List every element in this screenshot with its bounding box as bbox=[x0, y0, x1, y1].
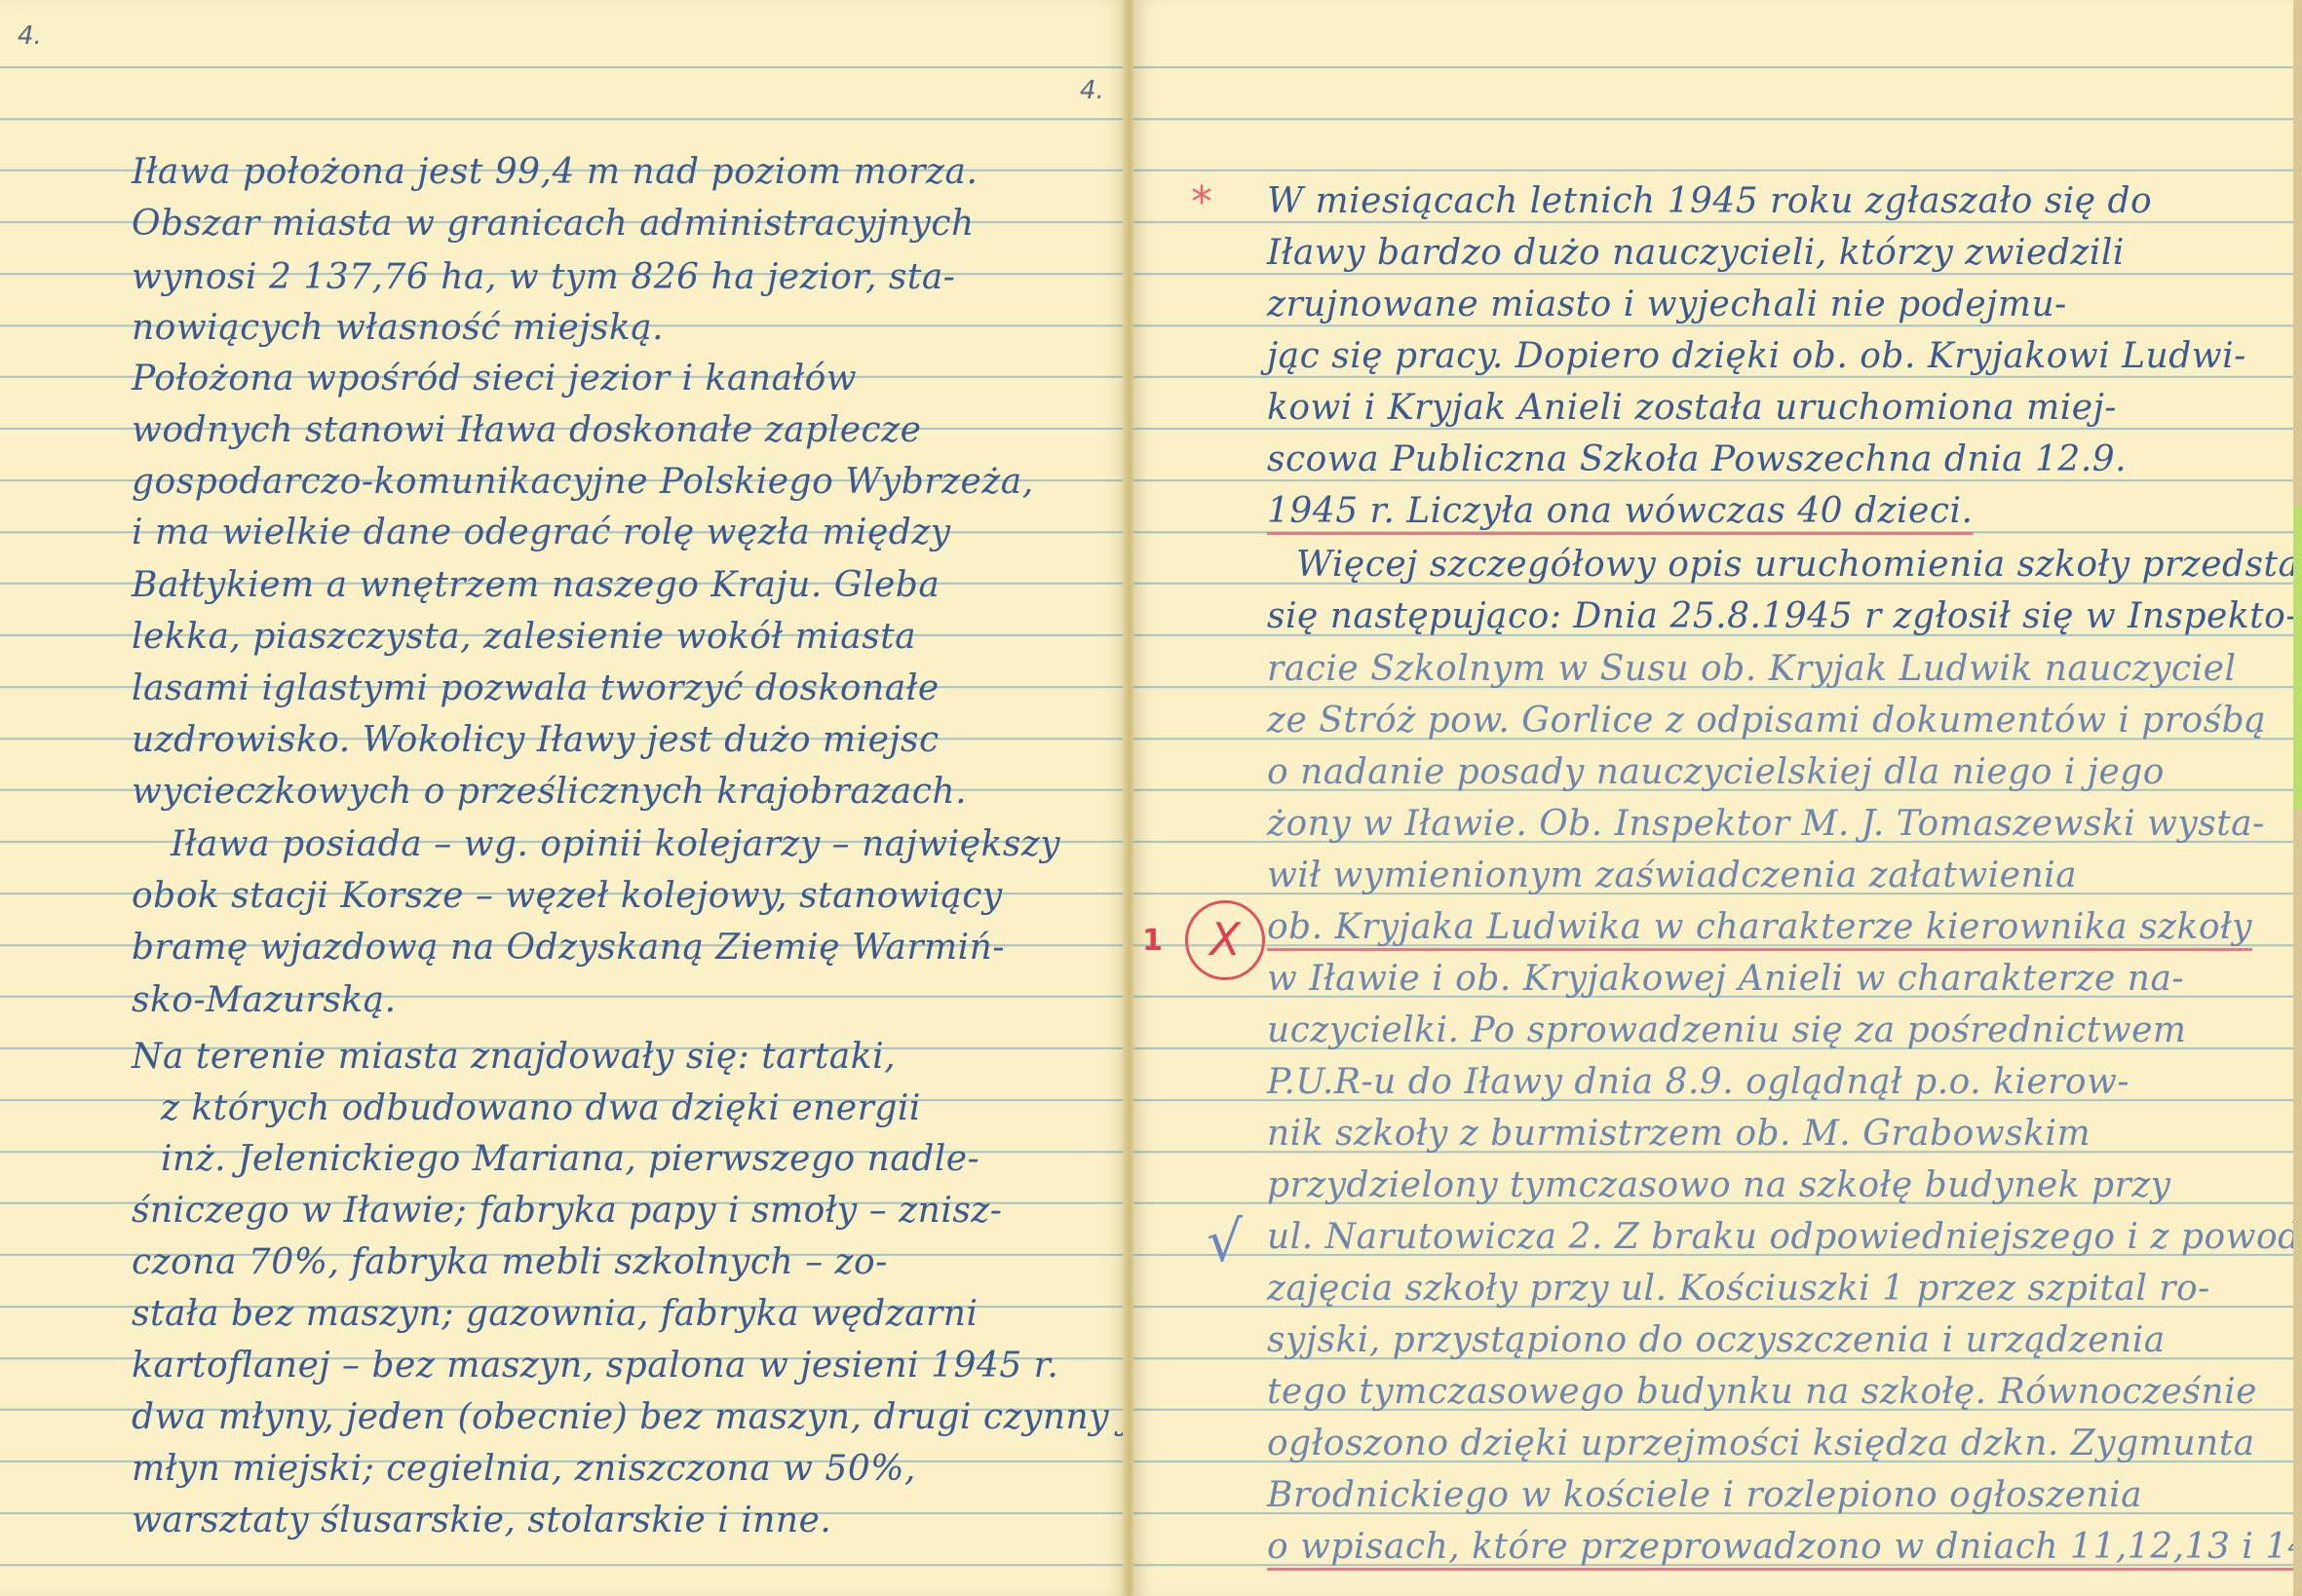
text-line: Iława położona jest 99,4 m nad poziom mo… bbox=[132, 146, 978, 198]
left-page: 4. 4. Iława położona jest 99,4 m nad poz… bbox=[0, 0, 1131, 1596]
text-line: syjski, przystąpiono do oczyszczenia i u… bbox=[1267, 1314, 2166, 1366]
red-circled-x-mark: X bbox=[1185, 900, 1265, 980]
text-line: przydzielony tymczasowo na szkołę budyne… bbox=[1267, 1159, 2171, 1211]
text-line: bramę wjazdową na Odzyskaną Ziemię Warmi… bbox=[132, 922, 1005, 973]
text-line: Na terenie miasta znajdowały się: tartak… bbox=[132, 1031, 896, 1083]
text-line: racie Szkolnym w Susu ob. Kryjak Ludwik … bbox=[1267, 643, 2237, 695]
text-line: inż. Jelenickiego Mariana, pierwszego na… bbox=[161, 1133, 979, 1185]
left-page-number: 4. bbox=[1080, 76, 1104, 105]
text-line: scowa Publiczna Szkoła Powszechna dnia 1… bbox=[1267, 434, 2127, 485]
text-line: uzdrowisko. Wokolicy Iławy jest dużo mie… bbox=[132, 714, 940, 766]
text-line: Obszar miasta w granicach administracyjn… bbox=[132, 198, 975, 249]
text-line: w Iławie i ob. Kryjakowej Anieli w chara… bbox=[1267, 953, 2184, 1005]
text-line: warsztaty ślusarskie, stolarskie i inne. bbox=[132, 1495, 831, 1546]
text-line: lasami iglastymi pozwala tworzyć doskona… bbox=[132, 663, 940, 714]
text-line: obok stacji Korsze – węzeł kolejowy, sta… bbox=[132, 870, 1003, 922]
text-line: dwa młyny, jeden (obecnie) bez maszyn, d… bbox=[132, 1391, 1197, 1443]
text-line: śniczego w Iławie; fabryka papy i smoły … bbox=[132, 1185, 1002, 1236]
text-line: 1945 r. Liczyła ona wówczas 40 dzieci. bbox=[1267, 485, 1973, 537]
text-line: Iławy bardzo dużo nauczycieli, którzy zw… bbox=[1267, 227, 2125, 279]
text-line: uczycielki. Po sprowadzeniu się za pośre… bbox=[1267, 1005, 2187, 1056]
text-line: zajęcia szkoły przy ul. Kościuszki 1 prz… bbox=[1267, 1263, 2210, 1314]
text-line: kowi i Kryjak Anieli została uruchomiona… bbox=[1267, 382, 2117, 434]
text-line: się następująco: Dnia 25.8.1945 r zgłosi… bbox=[1267, 590, 2298, 642]
text-line: nowiących własność miejską. bbox=[132, 302, 664, 354]
text-line: czona 70%, fabryka mebli szkolnych – zo- bbox=[132, 1236, 888, 1288]
text-line: gospodarczo-komunikacyjne Polskiego Wybr… bbox=[132, 456, 1034, 508]
text-line: lekka, piaszczysta, zalesienie wokół mia… bbox=[132, 611, 916, 663]
text-line: wynosi 2 137,76 ha, w tym 826 ha jezior,… bbox=[132, 251, 955, 303]
page-edge bbox=[2293, 0, 2302, 1596]
text-line: nik szkoły z burmistrzem ob. M. Grabowsk… bbox=[1267, 1108, 2091, 1159]
text-line: wycieczkowych o prześlicznych krajobraza… bbox=[132, 766, 967, 817]
text-line: wił wymienionym zaświadczenia załatwieni… bbox=[1267, 850, 2077, 901]
text-line: młyn miejski; cegielnia, zniszczona w 50… bbox=[132, 1443, 916, 1495]
text-line: ul. Narutowicza 2. Z braku odpowiedniejs… bbox=[1267, 1211, 2302, 1263]
text-line: Brodnickiego w kościele i rozlepiono ogł… bbox=[1267, 1469, 2142, 1521]
text-line: Położona wpośród sieci jezior i kanałów bbox=[132, 353, 857, 404]
text-line: W miesiącach letnich 1945 roku zgłaszało… bbox=[1267, 175, 2152, 227]
text-line: kartoflanej – bez maszyn, spalona w jesi… bbox=[132, 1340, 1058, 1391]
text-line: ob. Kryjaka Ludwika w charakterze kierow… bbox=[1267, 901, 2252, 953]
text-line: Iława posiada – wg. opinii kolejarzy – n… bbox=[171, 818, 1060, 870]
text-line: Bałtykiem a wnętrzem naszego Kraju. Gleb… bbox=[132, 559, 940, 611]
text-line: o nadanie posady nauczycielskiej dla nie… bbox=[1267, 746, 2165, 798]
text-line: ogłoszono dzięki uprzejmości księdza dzk… bbox=[1267, 1418, 2255, 1469]
text-line: wodnych stanowi Iława doskonałe zaplecze bbox=[132, 404, 921, 456]
blue-check-mark: √ bbox=[1207, 1208, 1243, 1274]
text-line: i ma wielkie dane odegrać rolę węzła mię… bbox=[132, 507, 951, 558]
text-line: tego tymczasowego budynku na szkołę. Rów… bbox=[1267, 1366, 2257, 1418]
corner-page-number: 4. bbox=[18, 21, 42, 51]
red-asterisk-mark: * bbox=[1191, 177, 1212, 227]
text-line: z których odbudowano dwa dzięki energii bbox=[161, 1083, 921, 1134]
text-line: P.U.R-u do Iławy dnia 8.9. oglądnął p.o.… bbox=[1267, 1056, 2129, 1108]
red-margin-number: 1 bbox=[1142, 924, 1163, 958]
text-line: jąc się pracy. Dopiero dzięki ob. ob. Kr… bbox=[1267, 330, 2246, 382]
notebook-spread: 4. 4. Iława położona jest 99,4 m nad poz… bbox=[0, 0, 2302, 1596]
text-line: stała bez maszyn; gazownia, fabryka wędz… bbox=[132, 1288, 978, 1340]
text-line: Więcej szczegółowy opis uruchomienia szk… bbox=[1296, 539, 2302, 590]
text-line: o wpisach, które przeprowadzono w dniach… bbox=[1267, 1521, 2302, 1573]
text-line: ze Stróż pow. Gorlice z odpisami dokumen… bbox=[1267, 695, 2266, 746]
text-line: zrujnowane miasto i wyjechali nie podejm… bbox=[1267, 279, 2067, 330]
text-line: sko-Mazurską. bbox=[132, 974, 397, 1026]
text-line: żony w Iławie. Ob. Inspektor M. J. Tomas… bbox=[1267, 798, 2265, 850]
